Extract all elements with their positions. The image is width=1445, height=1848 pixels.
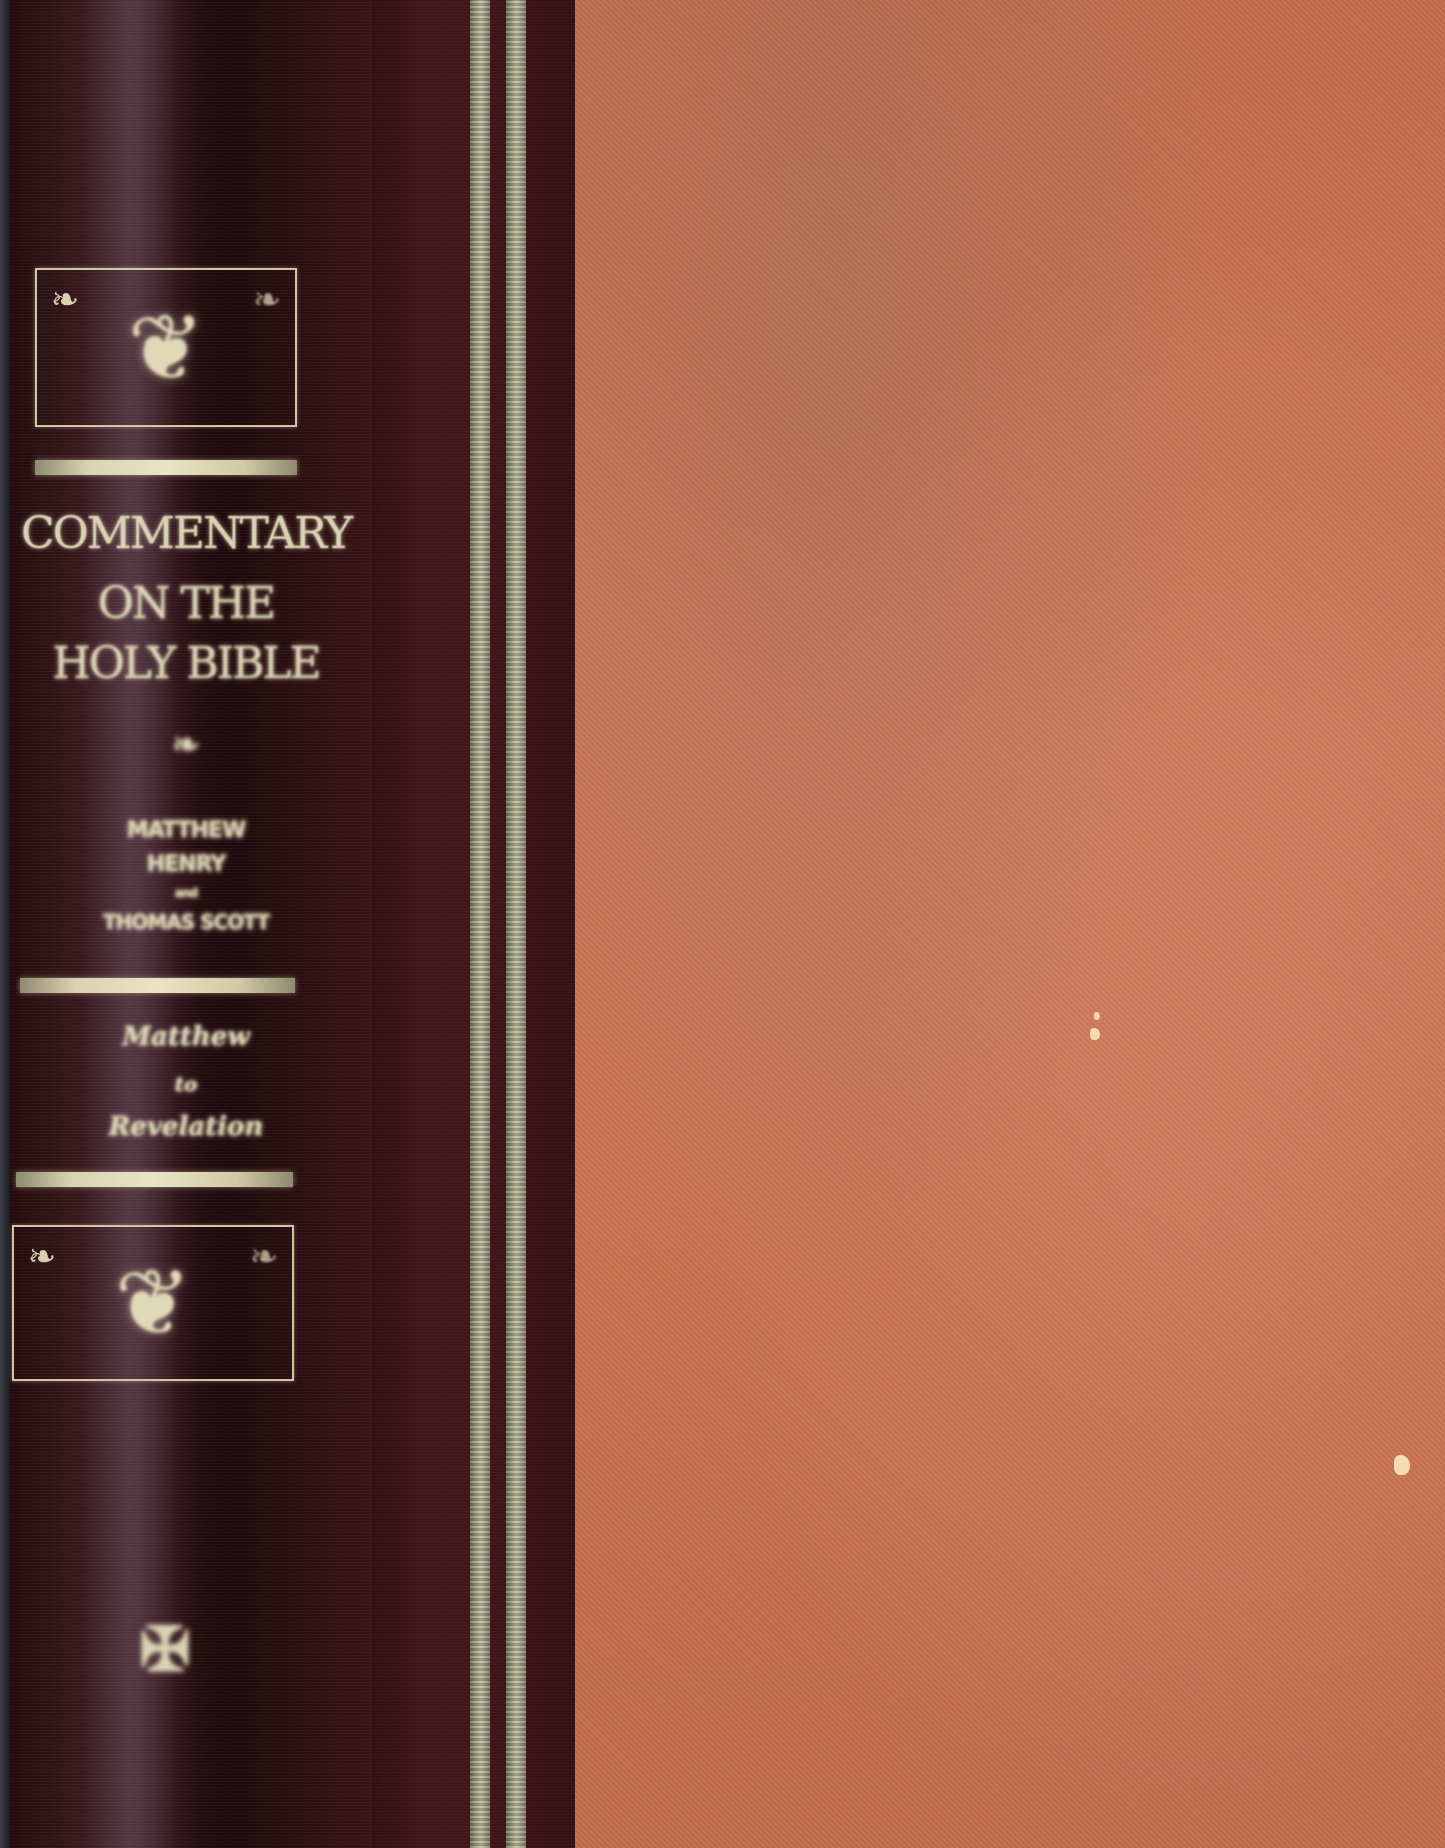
gilt-rule [506,0,526,1848]
floral-scroll-icon: ❧ [43,278,87,417]
author-line-1: MATTHEW [0,818,372,843]
floral-scroll-icon: ❧ [245,278,289,417]
title-line-1: COMMENTARY [0,508,372,559]
title-line-3: HOLY BIBLE [0,638,372,689]
volume-line-1: Matthew [0,1022,372,1052]
floral-scroll-icon: ❧ [242,1235,286,1371]
fleuron-icon: ❦ [127,294,204,401]
gilt-divider [16,1172,293,1187]
top-ornament-panel: ❧ ❦ ❧ [35,268,297,427]
bottom-ornament-panel: ❧ ❦ ❧ [12,1225,294,1381]
wear-spot [1090,1028,1100,1040]
wear-spot [1394,1455,1410,1475]
title-line-2: ON THE [0,578,372,629]
gilt-rule [470,0,490,1848]
fleuron-icon: ❦ [114,1250,191,1357]
author-conjunction: and [0,886,372,900]
volume-line-3: Revelation [0,1112,372,1142]
gilt-divider [20,978,295,993]
gilt-divider [35,460,297,475]
floral-scroll-icon: ❧ [20,1235,64,1371]
spine-joint-leather [360,0,575,1848]
author-line-2: HENRY [0,852,372,877]
author-line-3: THOMAS SCOTT [0,910,372,934]
ornament-icon: ❧ [0,725,372,765]
wear-spot [1094,1012,1100,1020]
publisher-logo-icon: ✠ [110,1595,220,1705]
book-spine: ❧ ❦ ❧ COMMENTARY ON THE HOLY BIBLE ❧ MAT… [0,0,372,1848]
book-photo: ❧ ❦ ❧ COMMENTARY ON THE HOLY BIBLE ❧ MAT… [0,0,1445,1848]
volume-line-2: to [0,1072,372,1096]
front-board-cloth [572,0,1445,1848]
